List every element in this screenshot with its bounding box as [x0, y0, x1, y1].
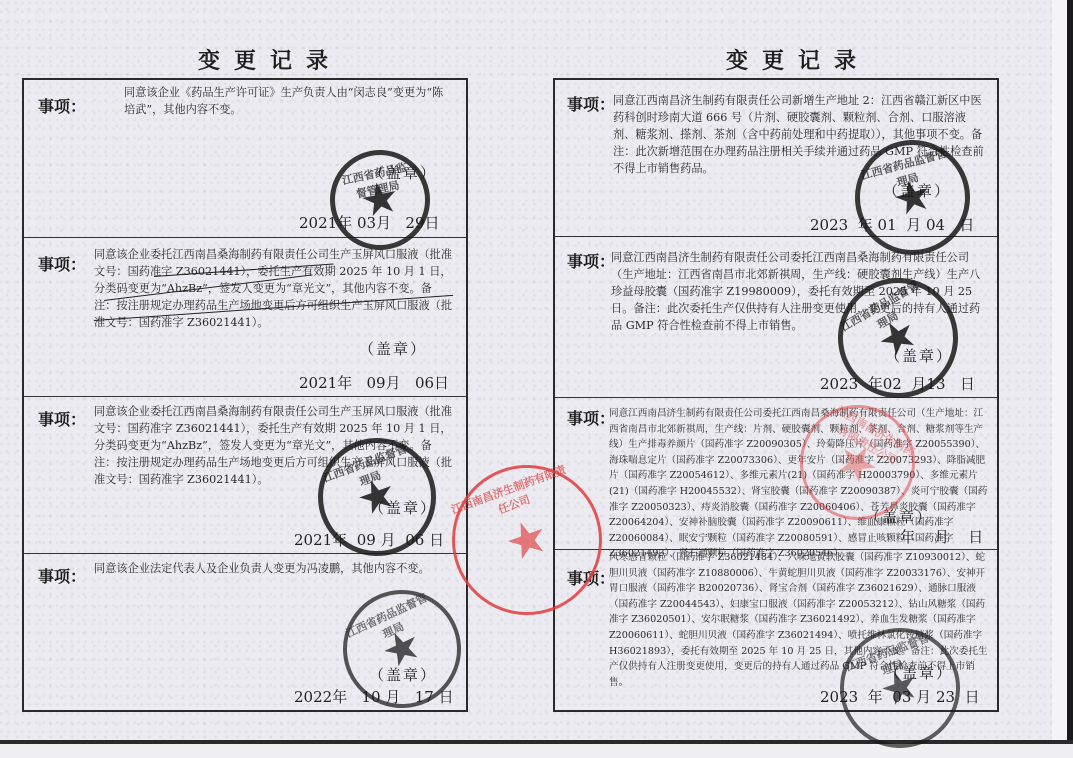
item-label: 事项：: [38, 407, 86, 430]
star-icon: ★: [351, 470, 403, 525]
item-text: 同意该企业委托江西南昌桑海制药有限责任公司生产玉屏风口服液（批准文号：国药准字 …: [94, 246, 454, 331]
item-label: 事项：: [38, 94, 86, 117]
item-label: 事项：: [567, 92, 615, 115]
scan-edge: [1067, 0, 1073, 758]
left-page-title: 变更记录: [198, 44, 342, 75]
item-label: 事项：: [567, 406, 615, 429]
change-entry-voided: 事项： 同意该企业委托江西南昌桑海制药有限责任公司生产玉屏风口服液（批准文号：国…: [24, 238, 466, 397]
entry-date: 2021年 09月 06日: [299, 372, 449, 393]
star-icon: ★: [874, 661, 926, 716]
change-entry: 事项： 同意江西南昌济生制药有限责任公司委托江西南昌桑海制药有限责任公司（生产地…: [555, 398, 997, 550]
item-text: 同意该企业法定代表人及企业负责人变更为冯凌鹏，其他内容不变。: [94, 560, 454, 577]
scan-margin: [1052, 0, 1067, 758]
entry-date: 年 月 日: [900, 526, 983, 547]
item-label: 事项：: [38, 252, 86, 275]
star-icon: ★: [499, 510, 556, 570]
seal-label: （盖章）: [359, 338, 427, 359]
star-icon: ★: [375, 621, 429, 678]
item-label: 事项：: [567, 249, 615, 272]
right-page-title: 变更记录: [726, 44, 870, 75]
item-text: 同意该企业《药品生产许可证》生产负责人由“闵志良”变更为“陈培武”，其他内容不变…: [124, 84, 454, 118]
item-label: 事项：: [38, 564, 86, 587]
